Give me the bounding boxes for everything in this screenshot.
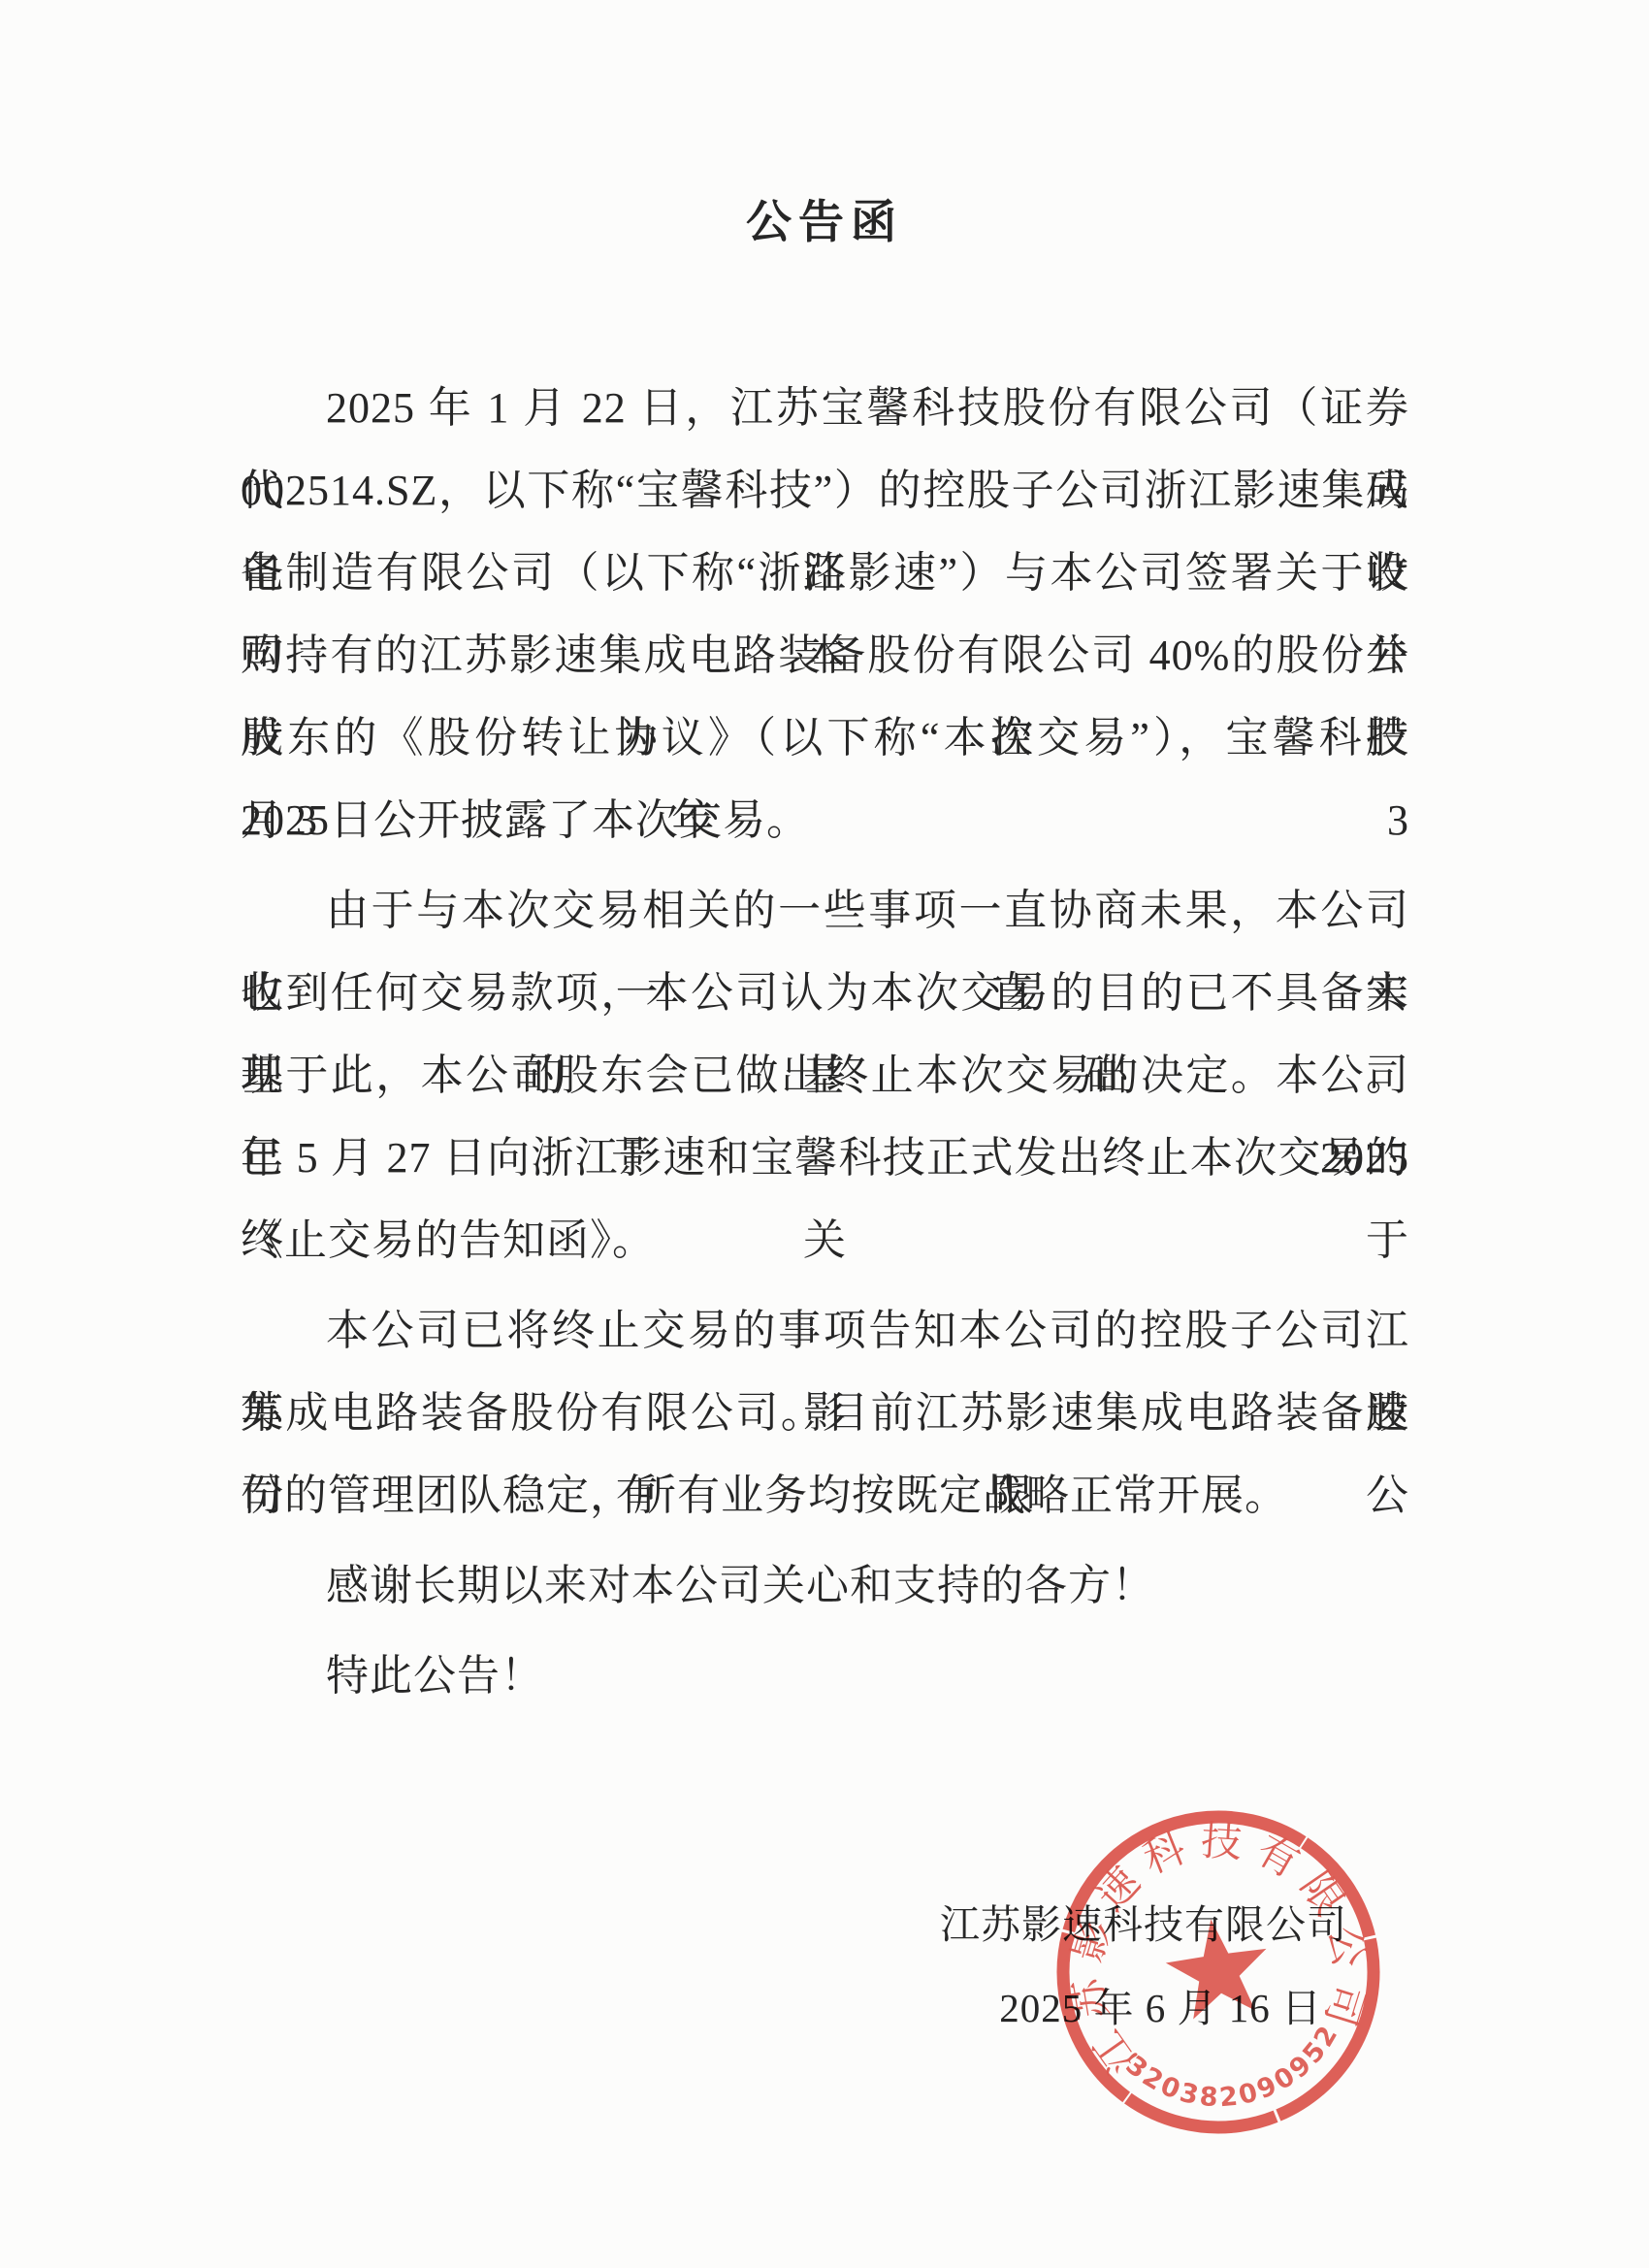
announcement-letter-page: 公告函 2025 年 1 月 22 日，江苏宝馨科技股份有限公司（证券代码 00…: [0, 0, 1649, 2268]
paragraph-3: 本公司已将终止交易的事项告知本公司的控股子公司江苏影速 集成电路装备股份有限公司…: [241, 1289, 1409, 1537]
text-line: 002514.SZ，以下称“宝馨科技”）的控股子公司浙江影速集成电路设: [241, 449, 1409, 532]
signature-company: 江苏影速科技有限公司: [940, 1884, 1347, 1966]
text-line: 由于与本次交易相关的一些事项一直协商未果，本公司也一直未: [241, 869, 1409, 952]
text-line: 基于此，本公司股东会已做出终止本次交易的决定。本公司已于 2025: [241, 1034, 1409, 1117]
text-line: 年 5 月 27 日向浙江影速和宝馨科技正式发出终止本次交易的《关于: [241, 1117, 1409, 1199]
page-title: 公告函: [0, 186, 1649, 251]
text-line: 收到任何交易款项，本公司认为本次交易的目的已不具备实现的基础。: [241, 952, 1409, 1034]
text-line: 备制造有限公司（以下称“浙江影速”）与本公司签署关于收购本公: [241, 532, 1409, 614]
letter-body: 2025 年 1 月 22 日，江苏宝馨科技股份有限公司（证券代码 002514…: [241, 367, 1409, 1717]
text-line: 股东的《股份转让协议》（以下称“本次交易”），宝馨科技 2025 年 3: [241, 697, 1409, 779]
text-line: 司的管理团队稳定，所有业务均按既定战略正常开展。: [241, 1454, 1409, 1537]
text-line: 感谢长期以来对本公司关心和支持的各方！: [241, 1544, 1409, 1627]
text-line: 集成电路装备股份有限公司。目前江苏影速集成电路装备股份有限公: [241, 1372, 1409, 1454]
closing-statement: 特此公告！: [241, 1635, 1409, 1717]
text-line: 本公司已将终止交易的事项告知本公司的控股子公司江苏影速: [241, 1289, 1409, 1372]
signature-date: 2025 年 6 月 16 日: [999, 1967, 1322, 2050]
paragraph-2: 由于与本次交易相关的一些事项一直协商未果，本公司也一直未 收到任何交易款项，本公…: [241, 869, 1409, 1281]
text-line: 2025 年 1 月 22 日，江苏宝馨科技股份有限公司（证券代码: [241, 367, 1409, 449]
paragraph-4: 感谢长期以来对本公司关心和支持的各方！: [241, 1544, 1409, 1627]
text-line: 司持有的江苏影速集成电路装备股份有限公司 40%的股份并成为控股: [241, 614, 1409, 697]
paragraph-1: 2025 年 1 月 22 日，江苏宝馨科技股份有限公司（证券代码 002514…: [241, 367, 1409, 861]
text-line: 特此公告！: [241, 1635, 1409, 1717]
